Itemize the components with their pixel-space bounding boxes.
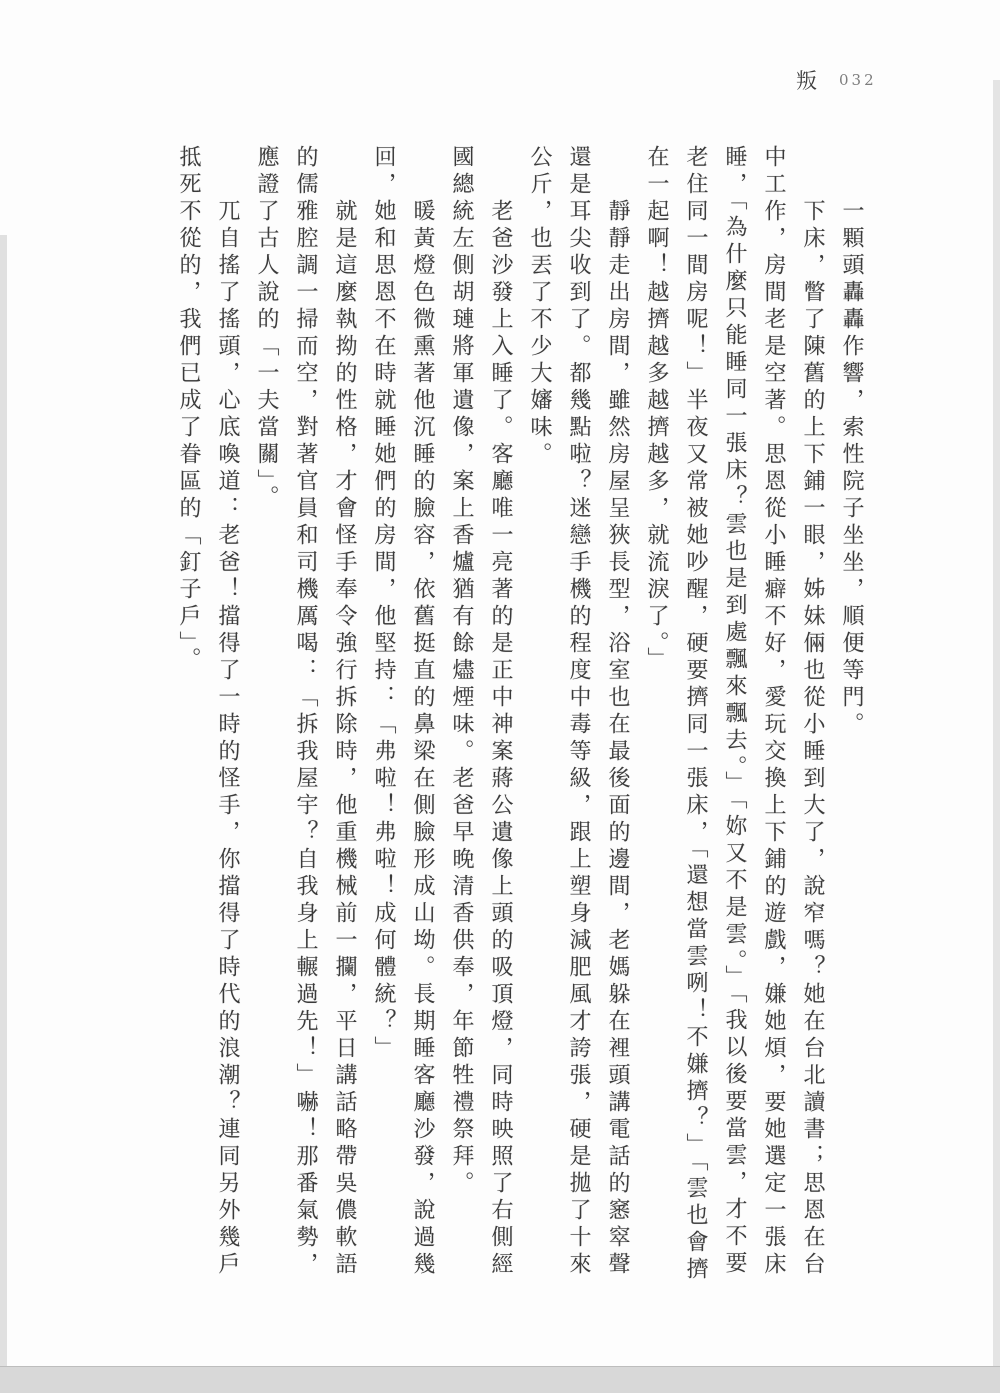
paragraph-4: 老爸沙發上入睡了。客廳唯一亮著的是正中神案蔣公遺像上頭的吸頂燈，同時映照了右側經… bbox=[443, 145, 521, 1285]
book-title-char: 叛 bbox=[796, 65, 817, 95]
paragraph-5: 暖黃燈色微熏著他沉睡的臉容，依舊挺直的鼻梁在側臉形成山坳。長期睡客廳沙發，說過幾… bbox=[365, 145, 443, 1285]
page-edge-right bbox=[993, 80, 1000, 1393]
book-page: 叛 032 一顆頭轟轟作響，索性院子坐坐，順便等門。 下床，瞥了陳舊的上下鋪一眼… bbox=[0, 0, 1000, 1393]
paragraph-3: 靜靜走出房間，雖然房屋呈狹長型，浴室也在最後面的邊間，老媽躲在裡頭講電話的窸窣聲… bbox=[521, 145, 638, 1285]
page-number: 032 bbox=[839, 71, 877, 89]
paragraph-2: 下床，瞥了陳舊的上下鋪一眼，姊妹倆也從小睡到大了，說窄嗎？她在台北讀書；思恩在台… bbox=[638, 145, 833, 1285]
running-head: 叛 032 bbox=[796, 66, 877, 94]
vertical-text-block: 一顆頭轟轟作響，索性院子坐坐，順便等門。 下床，瞥了陳舊的上下鋪一眼，姊妹倆也從… bbox=[170, 145, 872, 1285]
paragraph-1: 一顆頭轟轟作響，索性院子坐坐，順便等門。 bbox=[833, 145, 872, 1285]
page-edge-bottom bbox=[0, 1366, 1000, 1393]
page-edge-left bbox=[0, 235, 7, 1393]
paragraph-7: 兀自搖了搖頭，心底喚道：老爸！擋得了一時的怪手，你擋得了時代的浪潮？連同另外幾戶… bbox=[170, 145, 248, 1285]
paragraph-6: 就是這麼執拗的性格，才會怪手奉令強行拆除時，他重機械前一攔，平日講話略帶吳儂軟語… bbox=[248, 145, 365, 1285]
